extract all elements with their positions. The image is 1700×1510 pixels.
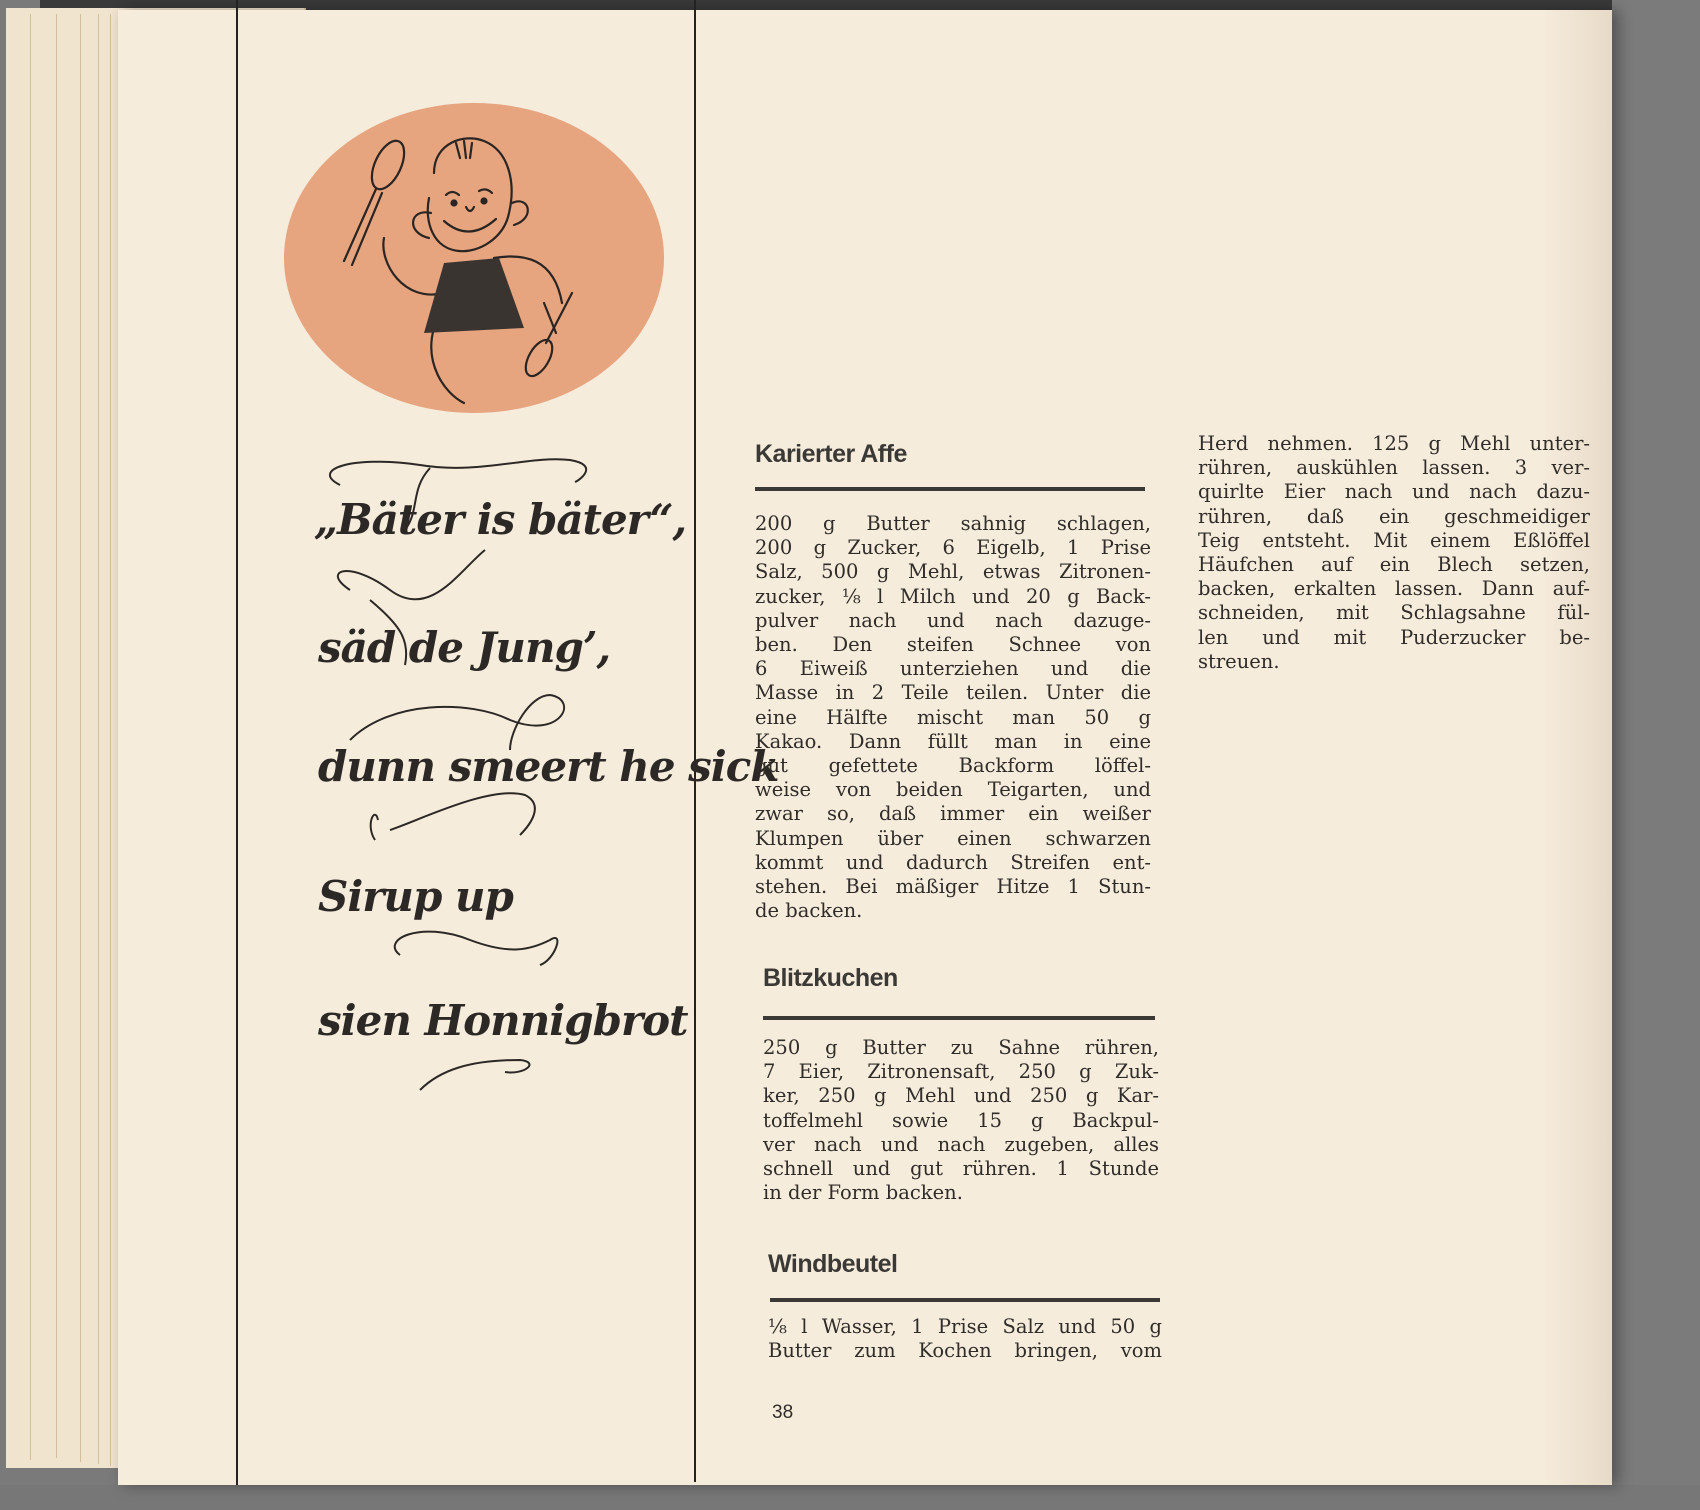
- recipe-line: weise von beiden Teigarten, und: [755, 778, 1151, 802]
- recipe-line: streuen.: [1198, 650, 1590, 674]
- page-number: 38: [772, 1402, 793, 1424]
- recipe-line: toffelmehl sowie 15 g Backpul-: [763, 1109, 1159, 1133]
- background-right: [1612, 0, 1700, 1510]
- recipe-line: schnell und gut rühren. 1 Stunde: [763, 1157, 1159, 1181]
- recipe-line: rühren, daß ein geschmeidiger: [1198, 505, 1590, 529]
- title-underline: [755, 487, 1145, 491]
- verse-line: sien Honnigbrot: [318, 996, 687, 1045]
- recipe-line: 7 Eier, Zitronensaft, 250 g Zuk-: [763, 1060, 1159, 1084]
- recipe-line: ben. Den steifen Schnee von: [755, 633, 1151, 657]
- center-column-rule: [694, 0, 696, 1482]
- recipe-line: quirlte Eier nach und nach dazu-: [1198, 480, 1590, 504]
- recipe-line: ver nach und nach zugeben, alles: [763, 1133, 1159, 1157]
- recipe-line: backen, erkalten lassen. Dann auf-: [1198, 577, 1590, 601]
- recipe-line: 200 g Butter sahnig schlagen,: [755, 512, 1151, 536]
- recipe-line: gut gefettete Backform löffel-: [755, 754, 1151, 778]
- recipe-line: ker, 250 g Mehl und 250 g Kar-: [763, 1084, 1159, 1108]
- page-edge: [110, 14, 111, 1466]
- recipe-line: Klumpen über einen schwarzen: [755, 827, 1151, 851]
- illustration-oval: [284, 103, 664, 413]
- recipe-line: 6 Eiweiß unterziehen und die: [755, 657, 1151, 681]
- verse-line: dunn smeert he sick: [318, 742, 778, 791]
- title-underline: [770, 1298, 1160, 1302]
- recipe-line: ⅛ l Wasser, 1 Prise Salz und 50 g: [768, 1315, 1162, 1339]
- recipe-line: kommt und dadurch Streifen ent-: [755, 851, 1151, 875]
- verse-line: säd de Jung’,: [318, 623, 610, 672]
- recipe-line: zucker, ⅛ l Milch und 20 g Back-: [755, 585, 1151, 609]
- recipe-line: 200 g Zucker, 6 Eigelb, 1 Prise: [755, 536, 1151, 560]
- recipe-line: eine Hälfte mischt man 50 g: [755, 706, 1151, 730]
- recipe-line: de backen.: [755, 899, 1151, 923]
- recipe-body: ⅛ l Wasser, 1 Prise Salz und 50 g Butter…: [768, 1315, 1162, 1363]
- recipe-line: Herd nehmen. 125 g Mehl unter-: [1198, 432, 1590, 456]
- page-edge: [98, 14, 99, 1464]
- recipe-line: Butter zum Kochen bringen, vom: [768, 1339, 1162, 1363]
- recipe-line: Teig entsteht. Mit einem Eßlöffel: [1198, 529, 1590, 553]
- verse-line: Sirup up: [318, 872, 513, 921]
- recipe-line: 250 g Butter zu Sahne rühren,: [763, 1036, 1159, 1060]
- recipe-line: in der Form backen.: [763, 1181, 1159, 1205]
- recipe-line: rühren, auskühlen lassen. 3 ver-: [1198, 456, 1590, 480]
- recipe-title: Karierter Affe: [755, 440, 907, 469]
- page-edge: [80, 14, 81, 1462]
- left-column-rule: [236, 0, 238, 1485]
- recipe-line: schneiden, mit Schlagsahne fül-: [1198, 601, 1590, 625]
- page-edge: [30, 14, 31, 1460]
- cartoon-boy-with-spoons-icon: [284, 103, 664, 413]
- recipe-line: stehen. Bei mäßiger Hitze 1 Stun-: [755, 875, 1151, 899]
- recipe-body: 250 g Butter zu Sahne rühren, 7 Eier, Zi…: [763, 1036, 1159, 1205]
- title-underline: [763, 1016, 1155, 1020]
- recipe-title: Windbeutel: [768, 1250, 898, 1279]
- recipe-body: 200 g Butter sahnig schlagen, 200 g Zuck…: [755, 512, 1151, 923]
- recipe-line: pulver nach und nach dazuge-: [755, 609, 1151, 633]
- background-bottom: [0, 1485, 1700, 1510]
- recipe-line: Häufchen auf ein Blech setzen,: [1198, 553, 1590, 577]
- verse-line: „Bäter is bäter“,: [314, 495, 686, 544]
- recipe-line: Kakao. Dann füllt man in eine: [755, 730, 1151, 754]
- recipe-line: Salz, 500 g Mehl, etwas Zitronen-: [755, 560, 1151, 584]
- recipe-title: Blitzkuchen: [763, 964, 898, 993]
- recipe-body-continued: Herd nehmen. 125 g Mehl unter- rühren, a…: [1198, 432, 1590, 674]
- recipe-line: Masse in 2 Teile teilen. Unter die: [755, 681, 1151, 705]
- recipe-line: len und mit Puderzucker be-: [1198, 626, 1590, 650]
- page-edge: [56, 14, 57, 1458]
- recipe-line: zwar so, daß immer ein weißer: [755, 802, 1151, 826]
